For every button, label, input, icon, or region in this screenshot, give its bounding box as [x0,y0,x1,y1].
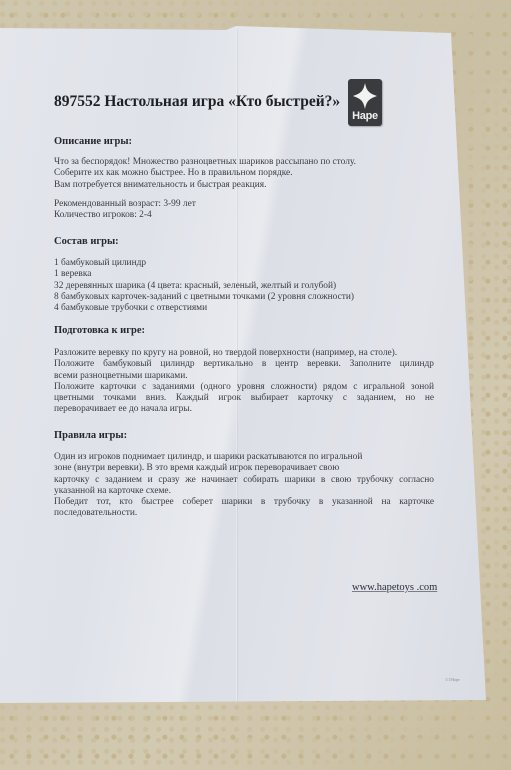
text-line: Соберите их как можно быстрее. Но в прав… [54,168,356,179]
rules-text: Один из игроков поднимает цилиндр, и шар… [54,452,434,520]
list-item: 4 бамбуковые трубочки с отверстиями [54,303,354,314]
logo-label: Hape [348,110,382,122]
document-content: 897552 Настольная игра «Кто быстрей?» Ha… [0,0,511,770]
list-item: 1 бамбуковый цилиндр [54,258,354,269]
text-line: последовательности. [54,508,434,519]
section-heading-description: Описание игры: [54,136,132,147]
contents-list: 1 бамбуковый цилиндр 1 веревка 32 деревя… [54,258,354,314]
website-link[interactable]: www.hapetoys .com [352,582,437,593]
text-line: Вам потребуется внимательность и быстрая… [54,180,356,191]
text-line: Разложите веревку по кругу на ровной, но… [54,348,434,359]
list-item: 1 веревка [54,269,354,280]
preparation-text: Разложите веревку по кругу на ровной, но… [54,348,434,416]
text-line: всеми разноцветными шариками. [54,371,434,382]
text-line: Положите карточки с заданиями (одного ур… [54,382,434,393]
text-line: карточку с заданием и сразу же начинает … [54,475,434,486]
player-count: Количество игроков: 2-4 [54,210,196,221]
hape-logo: Hape [348,79,382,126]
section-heading-preparation: Подготовка к игре: [54,325,145,336]
list-item: 32 деревянных шарика (4 цвета: красный, … [54,281,354,292]
text-line: зоне (внутри веревки). В это время кажды… [54,463,434,474]
text-line: Положите бамбуковый цилиндр вертикально … [54,359,434,370]
text-line: цветными точками вниз. Каждый игрок выби… [54,393,434,404]
text-line: указанной на карточке схеме. [54,486,434,497]
section-heading-rules: Правила игры: [54,430,127,441]
list-item: 8 бамбуковых карточек-заданий с цветными… [54,292,354,303]
text-line: Что за беспорядок! Множество разноцветны… [54,157,356,168]
footer-code: 1/1/Hape [445,677,460,682]
text-line: переворачивает ее до начала игры. [54,404,434,415]
text-line: Один из игроков поднимает цилиндр, и шар… [54,452,434,463]
game-details: Рекомендованный возраст: 3-99 лет Количе… [54,199,196,222]
four-point-star-icon [352,82,378,110]
description-text: Что за беспорядок! Множество разноцветны… [54,157,356,191]
page-title: 897552 Настольная игра «Кто быстрей?» [54,93,340,111]
text-line: Победит тот, кто быстрее соберет шарики … [54,497,434,508]
age-recommendation: Рекомендованный возраст: 3-99 лет [54,199,196,210]
section-heading-contents: Состав игры: [54,236,119,247]
